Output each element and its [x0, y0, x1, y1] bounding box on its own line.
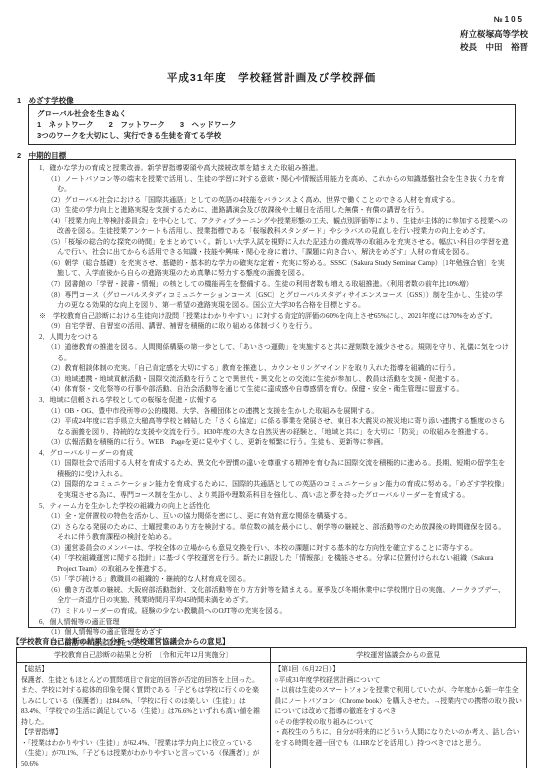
goal-line: （2）さらなる発展のために、土曜授業のあり方を検討する。単位数の減を最小にし、朝…	[39, 522, 509, 543]
evaluation-table-header-row: 学校教育自己診断の結果と分析 〔令和元年12月実施分〕 学校運営協議会からの意見	[17, 648, 527, 663]
diagnosis-line: 保護者、生徒ともほとんどの質問項目で肯定的回答が否定的回答を上回った。また、学校…	[21, 676, 266, 729]
opinion-line: 【第1回（6月22日）】	[275, 665, 523, 676]
goal-line: （2）グローバル社会における「国際共通語」としての英語の4技能をバランスよく高め…	[39, 195, 509, 206]
goal-line: （3）運営委員会のメンバーは、学校全体の立場からも意見交換を行い、本校の課題に対…	[39, 543, 509, 554]
evaluation-table: 学校教育自己診断の結果と分析 〔令和元年12月実施分〕 学校運営協議会からの意見…	[16, 647, 527, 768]
goal-line: 4．グローバルリーダーの育成	[39, 448, 509, 459]
goal-line: （4）体育祭・文化祭等の行事や部活動、自治会活動等を通じて生徒に達成感や自尊感情…	[39, 384, 509, 395]
diagnosis-line: ・「授業はわかりやすい（生徒）」が62.4%、「授業は学力向上に役立っている（生…	[21, 739, 266, 768]
goal-line: （3）生徒の学力向上と進路実現を支援するために、進路講演会及び放課後や土曜日を活…	[39, 205, 509, 216]
goal-line: （1）OB・OG、豊中市役所等の公的機関、大学、各種団体との連携と支援を生かした…	[39, 406, 509, 417]
goal-line: 6．個人情報等の適正管理	[39, 617, 509, 628]
goal-line: （2）国際的なコミュニケーション能力を育成するために、国際的共通語としての英語の…	[39, 479, 509, 500]
diagnosis-line: 【総括】	[21, 665, 266, 676]
goal-line: （3）地域連携・地域貢献活動・国際交流活動を行うことで異世代・異文化との交流に生…	[39, 374, 509, 385]
vision-line: 3つのワークを大切にし、実行できる生徒を育てる学校	[37, 130, 507, 141]
goal-line: 1．確かな学力の育成と授業改善。新学習指導要領や高大接続改革を踏まえた取組み推進…	[39, 163, 509, 174]
document-page: №105 府立桜塚高等学校 校長 中田 裕晋 平成31年度 学校経営計画及び学校…	[0, 0, 543, 768]
evaluation-section-heading: 【学校教育自己診断の結果と分析・学校運営協議会からの意見】	[12, 636, 230, 647]
goal-line: （8）専門コース（グローバルスタディコミュニケーションコース〔GSC〕とグローバ…	[39, 290, 509, 311]
vision-line: 1 ネットワーク 2 フットワーク 3 ヘッドワーク	[37, 119, 507, 130]
council-opinion-column-header: 学校運営協議会からの意見	[270, 648, 527, 663]
goal-line: （1）国際社会で活用する人材を育成するため、異文化や習慣の違いを尊重する精神を育…	[39, 458, 509, 479]
goal-line: （7）ミドルリーダーの育成。経験の少ない教職員へのOJT等の充実を図る。	[39, 606, 509, 617]
self-diagnosis-column-header: 学校教育自己診断の結果と分析 〔令和元年12月実施分〕	[17, 648, 271, 663]
goal-line: （4）「授業力向上等検討委員会」を中心として、アクティブラーニングや授業形態の工…	[39, 216, 509, 237]
goal-line: （6）働き方改革の継続、大阪府部活動指針、文化部活動等在り方方針等を踏まえる。夏…	[39, 585, 509, 606]
goal-line: ※ 学校教育自己診断における生徒向け設問「授業はわかりやすい」に対する肯定的評価…	[39, 311, 509, 322]
goal-line: 3．地域に信頼される学校としての桜塚を促進・広報する	[39, 395, 509, 406]
goal-line: （6）朝学（総合基礎）を充実させ、基礎的・基本的な学力の確実な定着・充実に努める…	[39, 258, 509, 279]
goal-line: （2）平成24年度に岩手県立大槌高等学校と締結した「さくら協定」に係る事業を発展…	[39, 416, 509, 437]
goal-line: （2）教育相談体制の充実。「自己肯定感を大切にする」教育を推進し、カウンセリング…	[39, 363, 509, 374]
goal-line: （1）道徳教育の推進を図る。人間関係構築の第一歩として、「あいさつ運動」を実施す…	[39, 342, 509, 363]
self-diagnosis-cell: 【総括】保護者、生徒ともほとんどの質問項目で肯定的回答が否定的回答を上回った。ま…	[17, 663, 271, 768]
school-vision-box: グローバル社会を生きぬく1 ネットワーク 2 フットワーク 3 ヘッドワーク3つ…	[28, 104, 516, 145]
vision-line: グローバル社会を生きぬく	[37, 108, 507, 119]
goal-line: （7）図書館の「学習・読書・情報」の核としての機能再生を整備する。生徒の利用者数…	[39, 279, 509, 290]
goal-line: （1）ノートパソコン等の端末を授業で活用し、生徒の学習に対する意欲・関心や情報活…	[39, 174, 509, 195]
midterm-goals-box: 1．確かな学力の育成と授業改善。新学習指導要領や高大接続改革を踏まえた取組み推進…	[28, 159, 516, 628]
opinion-line: ・高校生のうちに、自分が将来的にどういう人間になりたいのか考え、話し合いをする時…	[275, 728, 523, 749]
goal-line: （5）「学び続ける」教職員の組織的・継続的な人材育成を図る。	[39, 574, 509, 585]
document-number: №105	[494, 15, 524, 24]
principal-name: 校長 中田 裕晋	[460, 41, 528, 54]
school-name: 府立桜塚高等学校	[460, 28, 528, 41]
goal-line: （5）「桜塚の総合的な探究の時間」をまとめていく。新しい大学入試を視野に入れた記…	[39, 237, 509, 258]
goal-line: （4）「学校組織運営に関する指針」に基づく学校運営を行う。新たに創設した「情報部…	[39, 553, 509, 574]
goal-line: 5．ティーム力を生かした学校の組織力の向上と活性化	[39, 501, 509, 512]
goal-line: （3）広報活動を積極的に行う。WEB Pageを更に見やすくし、更新を頻繁に行う…	[39, 437, 509, 448]
opinion-line: ○平成31年度学校経営計画について	[275, 676, 523, 687]
goal-line: （1）全・定併置校の特色を活かし、互いの協力関係を密にし、更に有効有意な関係を構…	[39, 511, 509, 522]
goal-line: 2．人間力をつける	[39, 332, 509, 343]
council-opinion-cell: 【第1回（6月22日）】○平成31年度学校経営計画について・以前は生徒のスマート…	[270, 663, 527, 768]
opinion-line: ・以前は生徒のスマートフォンを授業で利用していたが、今年度から新一年生全員にノー…	[275, 686, 523, 718]
opinion-line: ○その他学校の取り組みについて	[275, 718, 523, 729]
school-header: 府立桜塚高等学校 校長 中田 裕晋	[460, 28, 528, 54]
page-title: 平成31年度 学校経営計画及び学校評価	[0, 70, 543, 85]
goal-line: （9）自宅学習、自習室の活用、講習、補習を積極的に取り組める体制づくりを行う。	[39, 321, 509, 332]
evaluation-table-body-row: 【総括】保護者、生徒ともほとんどの質問項目で肯定的回答が否定的回答を上回った。ま…	[17, 663, 527, 768]
diagnosis-line: 【学習指導】	[21, 728, 266, 739]
